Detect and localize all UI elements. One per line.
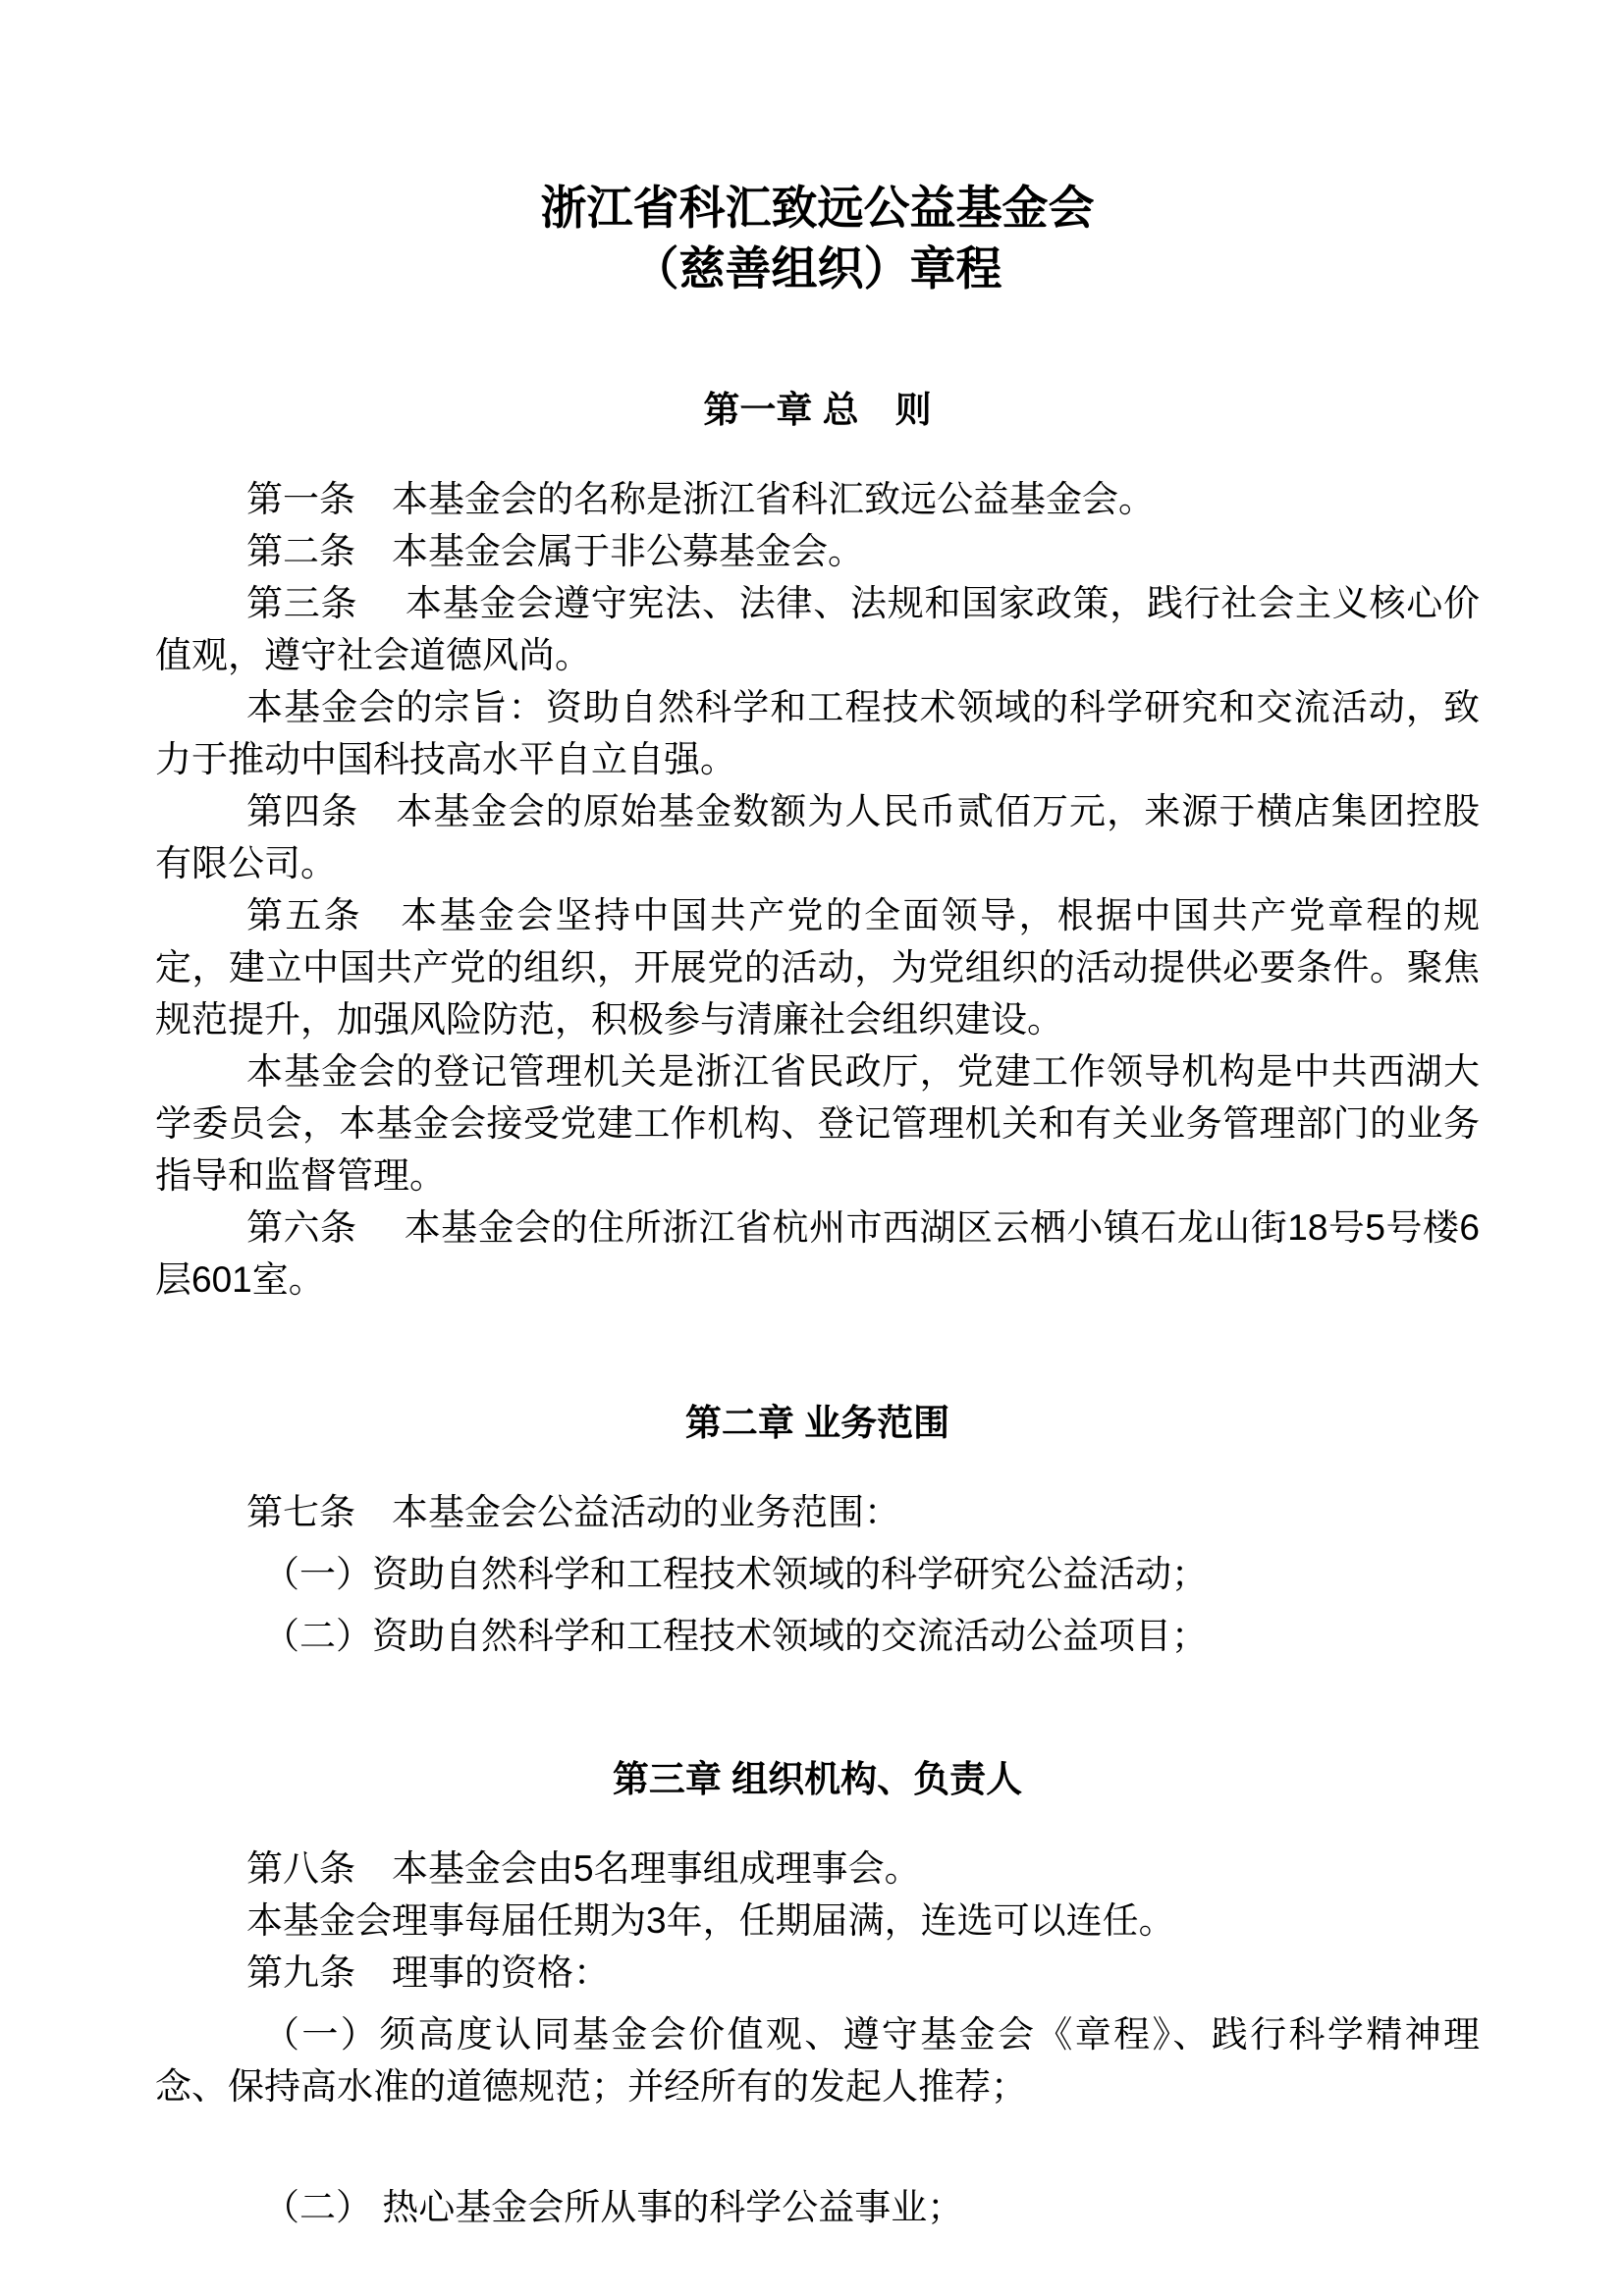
paragraph: 第八条 本基金会由5名理事组成理事会。 [155, 1842, 1480, 1895]
paragraph: 第二条 本基金会属于非公募基金会。 [155, 525, 1480, 577]
chapter-2-heading: 第二章 业务范围 [155, 1396, 1480, 1451]
paragraph: （一）须高度认同基金会价值观、遵守基金会《章程》、践行科学精神理念、保持高水准的… [155, 2008, 1480, 2112]
paragraph: （二） 热心基金会所从事的科学公益事业； [155, 2181, 1480, 2233]
paragraph: 本基金会的宗旨：资助自然科学和工程技术领域的科学研究和交流活动，致力于推动中国科… [155, 681, 1480, 785]
chapter-2: 第二章 业务范围第七条 本基金会公益活动的业务范围：（一）资助自然科学和工程技术… [155, 1396, 1480, 1662]
chapter-3-heading: 第三章 组织机构、负责人 [155, 1752, 1480, 1807]
document-title-line2: （慈善组织）章程 [155, 240, 1480, 300]
paragraph: 本基金会的登记管理机关是浙江省民政厅，党建工作领导机构是中共西湖大学委员会，本基… [155, 1045, 1480, 1201]
paragraph: 第五条 本基金会坚持中国共产党的全面领导，根据中国共产党章程的规定，建立中国共产… [155, 889, 1480, 1045]
document-title-line1: 浙江省科汇致远公益基金会 [155, 179, 1480, 240]
chapter-3: 第三章 组织机构、负责人第八条 本基金会由5名理事组成理事会。本基金会理事每届任… [155, 1752, 1480, 2233]
paragraph: （一）资助自然科学和工程技术领域的科学研究公益活动； [155, 1548, 1480, 1600]
paragraph: 本基金会理事每届任期为3年，任期届满，连选可以连任。 [155, 1895, 1480, 1947]
document-title: 浙江省科汇致远公益基金会 （慈善组织）章程 [155, 179, 1480, 300]
paragraph: （二）资助自然科学和工程技术领域的交流活动公益项目； [155, 1610, 1480, 1662]
chapters-container: 第一章 总 则第一条 本基金会的名称是浙江省科汇致远公益基金会。第二条 本基金会… [155, 383, 1480, 2233]
chapter-1: 第一章 总 则第一条 本基金会的名称是浙江省科汇致远公益基金会。第二条 本基金会… [155, 383, 1480, 1306]
paragraph: 第一条 本基金会的名称是浙江省科汇致远公益基金会。 [155, 473, 1480, 525]
paragraph: 第三条 本基金会遵守宪法、法律、法规和国家政策，践行社会主义核心价值观，遵守社会… [155, 577, 1480, 681]
paragraph: 第七条 本基金会公益活动的业务范围： [155, 1486, 1480, 1538]
paragraph: 第四条 本基金会的原始基金数额为人民币贰佰万元，来源于横店集团控股有限公司。 [155, 785, 1480, 889]
paragraph: 第六条 本基金会的住所浙江省杭州市西湖区云栖小镇石龙山街18号5号楼6层601室… [155, 1201, 1480, 1306]
chapter-1-heading: 第一章 总 则 [155, 383, 1480, 438]
paragraph: 第九条 理事的资格： [155, 1947, 1480, 1999]
document-page: 浙江省科汇致远公益基金会 （慈善组织）章程 第一章 总 则第一条 本基金会的名称… [0, 0, 1624, 2296]
